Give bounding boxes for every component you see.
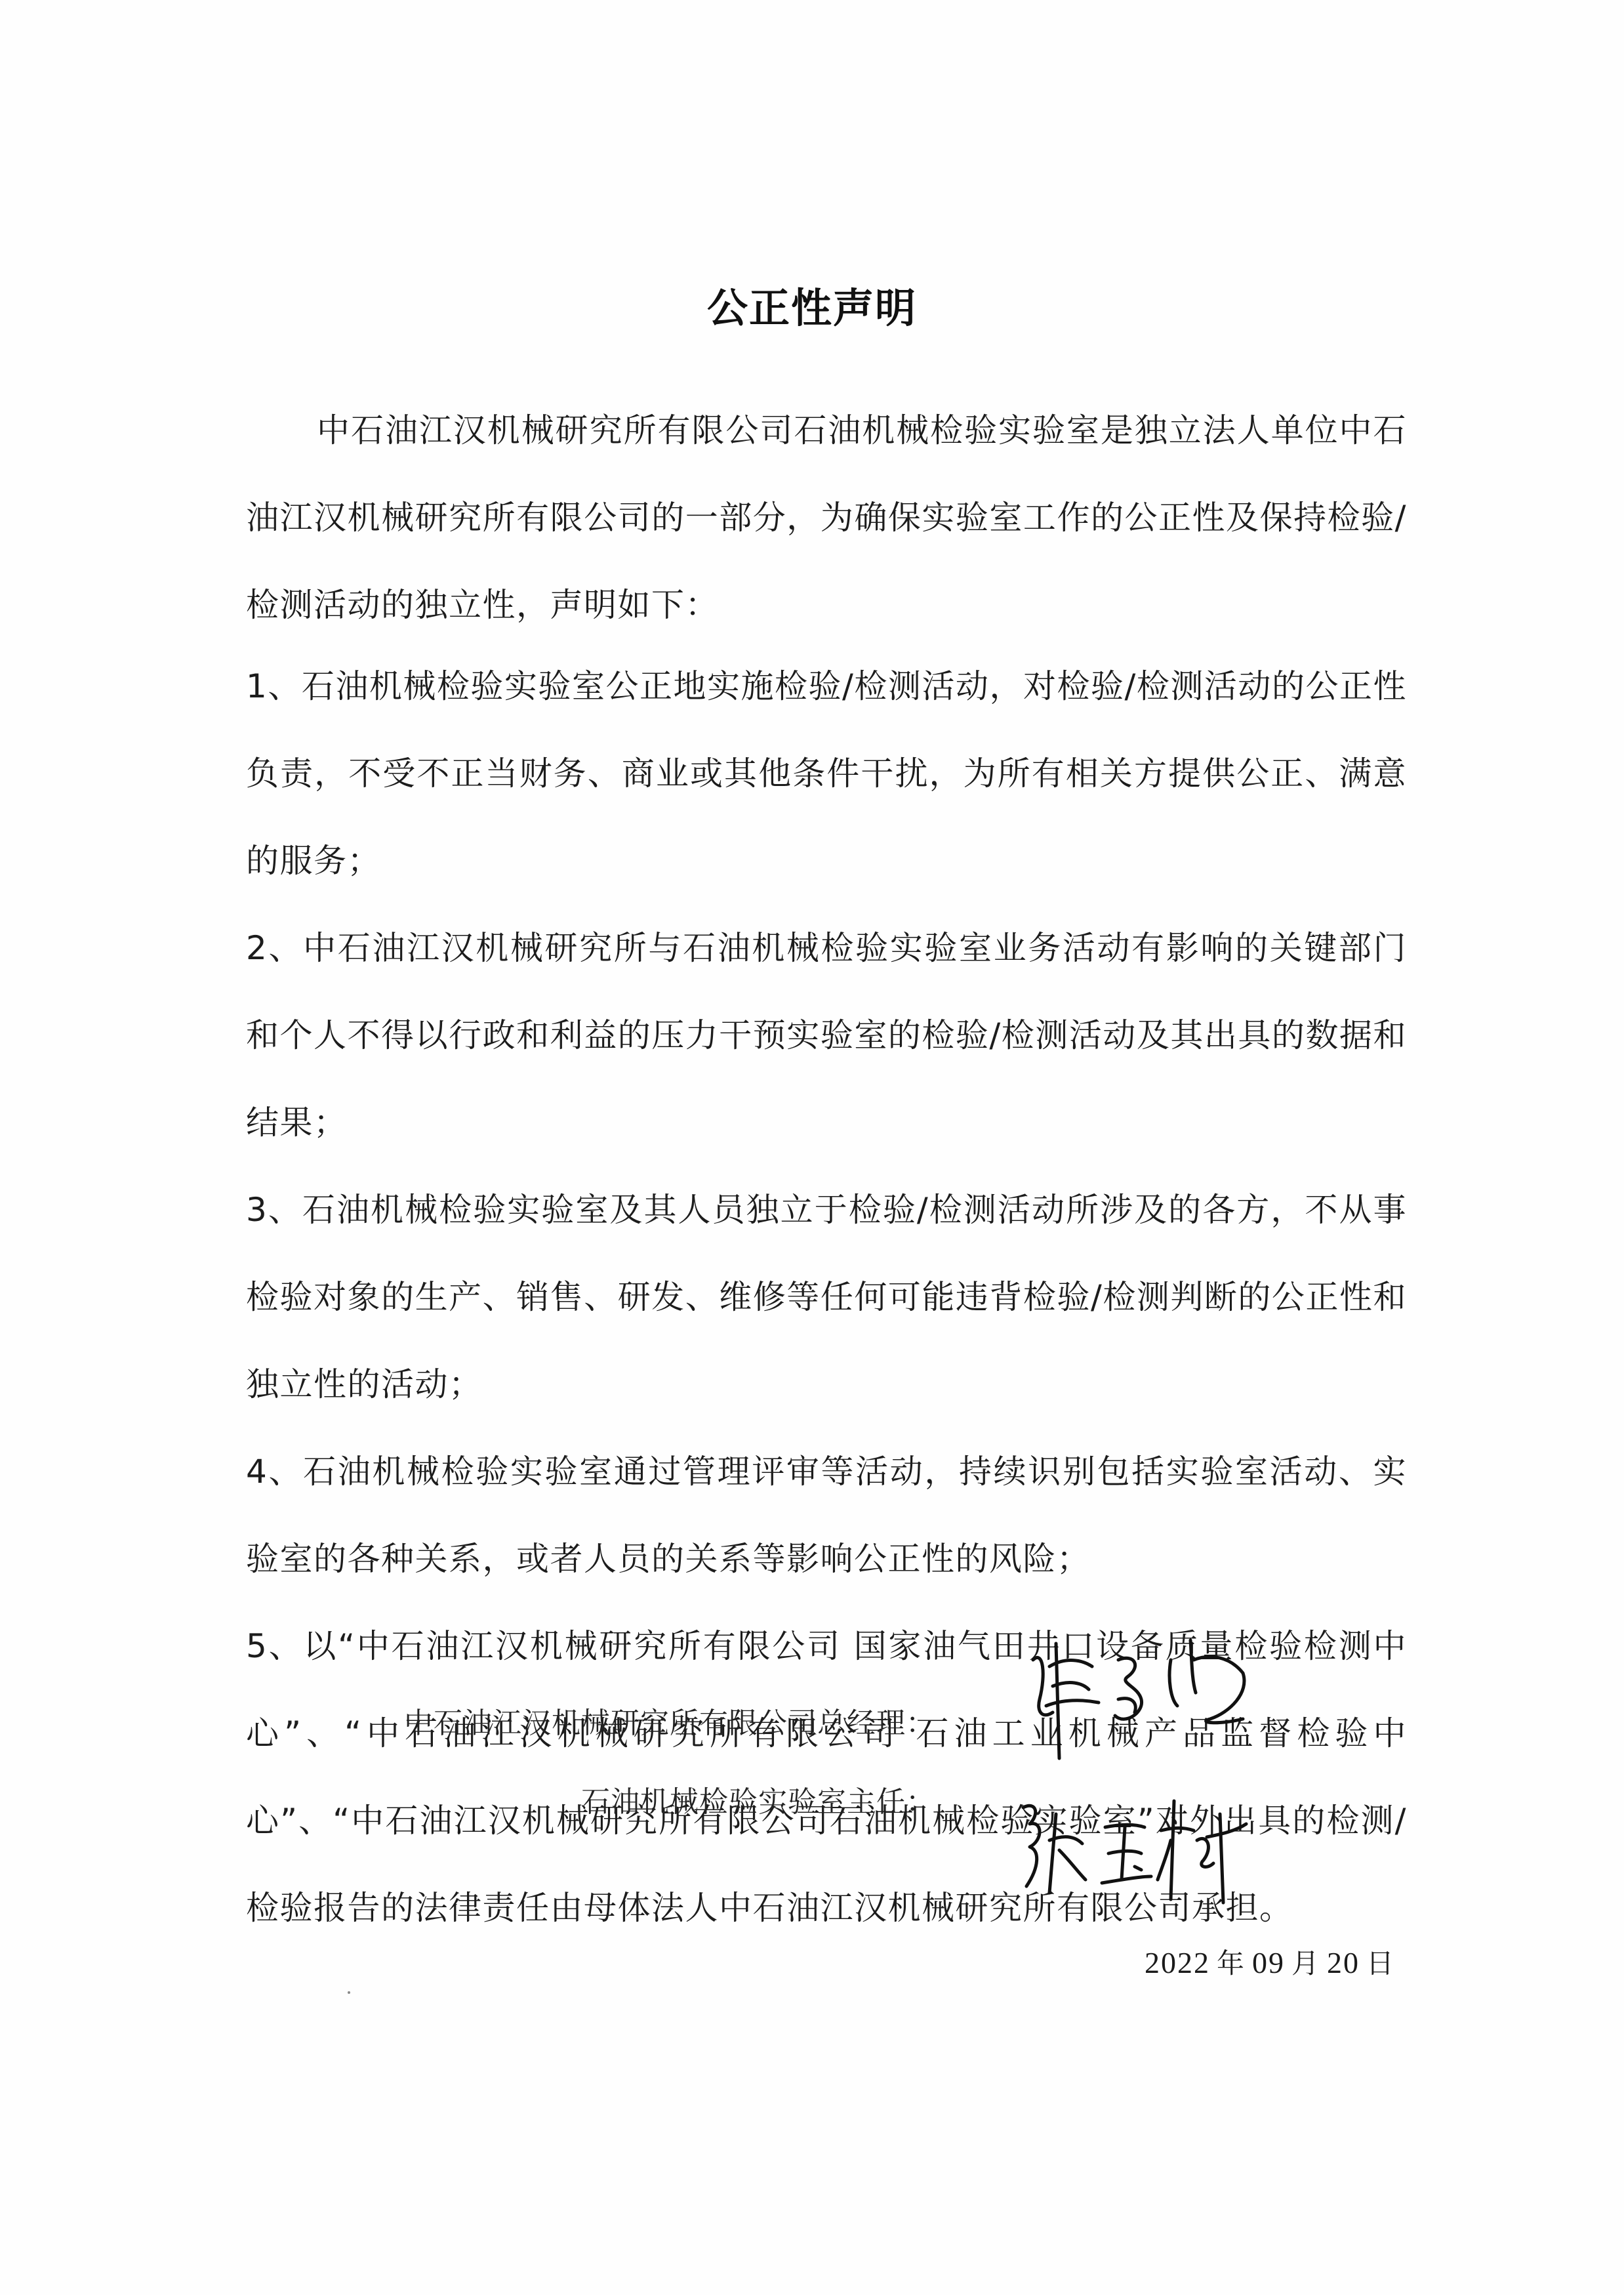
- scan-speck: [348, 1991, 350, 1994]
- date-year: 2022: [1145, 1946, 1210, 1979]
- general-manager-signature-icon: [1020, 1621, 1302, 1765]
- date-day-unit: 日: [1366, 1947, 1395, 1979]
- document-date: 2022年09月20日: [1145, 1942, 1402, 1981]
- date-day: 20: [1327, 1946, 1360, 1979]
- intro-paragraph-block: 中石油江汉机械研究所有限公司石油机械检验实验室是独立法人单位中石油江汉机械研究所…: [246, 387, 1407, 649]
- document-page: 公正性声明 中石油江汉机械研究所有限公司石油机械检验实验室是独立法人单位中石油江…: [0, 0, 1624, 2295]
- declaration-item-1: 1、石油机械检验实验室公正地实施检验/检测活动，对检验/检测活动的公正性负责，不…: [246, 643, 1407, 905]
- date-month: 09: [1252, 1946, 1285, 1979]
- lab-director-label: 石油机械检验实验室主任：: [581, 1778, 935, 1820]
- general-manager-label: 中石油江汉机械研究所有限公司总经理：: [404, 1699, 935, 1741]
- declaration-item-2: 2、中石油江汉机械研究所与石油机械检验实验室业务活动有影响的关键部门和个人不得以…: [246, 905, 1407, 1167]
- intro-paragraph: 中石油江汉机械研究所有限公司石油机械检验实验室是独立法人单位中石油江汉机械研究所…: [246, 387, 1407, 649]
- declaration-item-4: 4、石油机械检验实验室通过管理评审等活动，持续识别包括实验室活动、实验室的各种关…: [246, 1428, 1407, 1603]
- declaration-item-3: 3、石油机械检验实验室及其人员独立于检验/检测活动所涉及的各方，不从事检验对象的…: [246, 1167, 1407, 1428]
- document-title: 公正性声明: [0, 276, 1624, 334]
- date-year-unit: 年: [1217, 1947, 1246, 1979]
- signature-block: 中石油江汉机械研究所有限公司总经理： 石油机械检验实验室主任：: [0, 1627, 1624, 1903]
- lab-director-signature-icon: [1010, 1788, 1286, 1906]
- date-month-unit: 月: [1291, 1947, 1320, 1979]
